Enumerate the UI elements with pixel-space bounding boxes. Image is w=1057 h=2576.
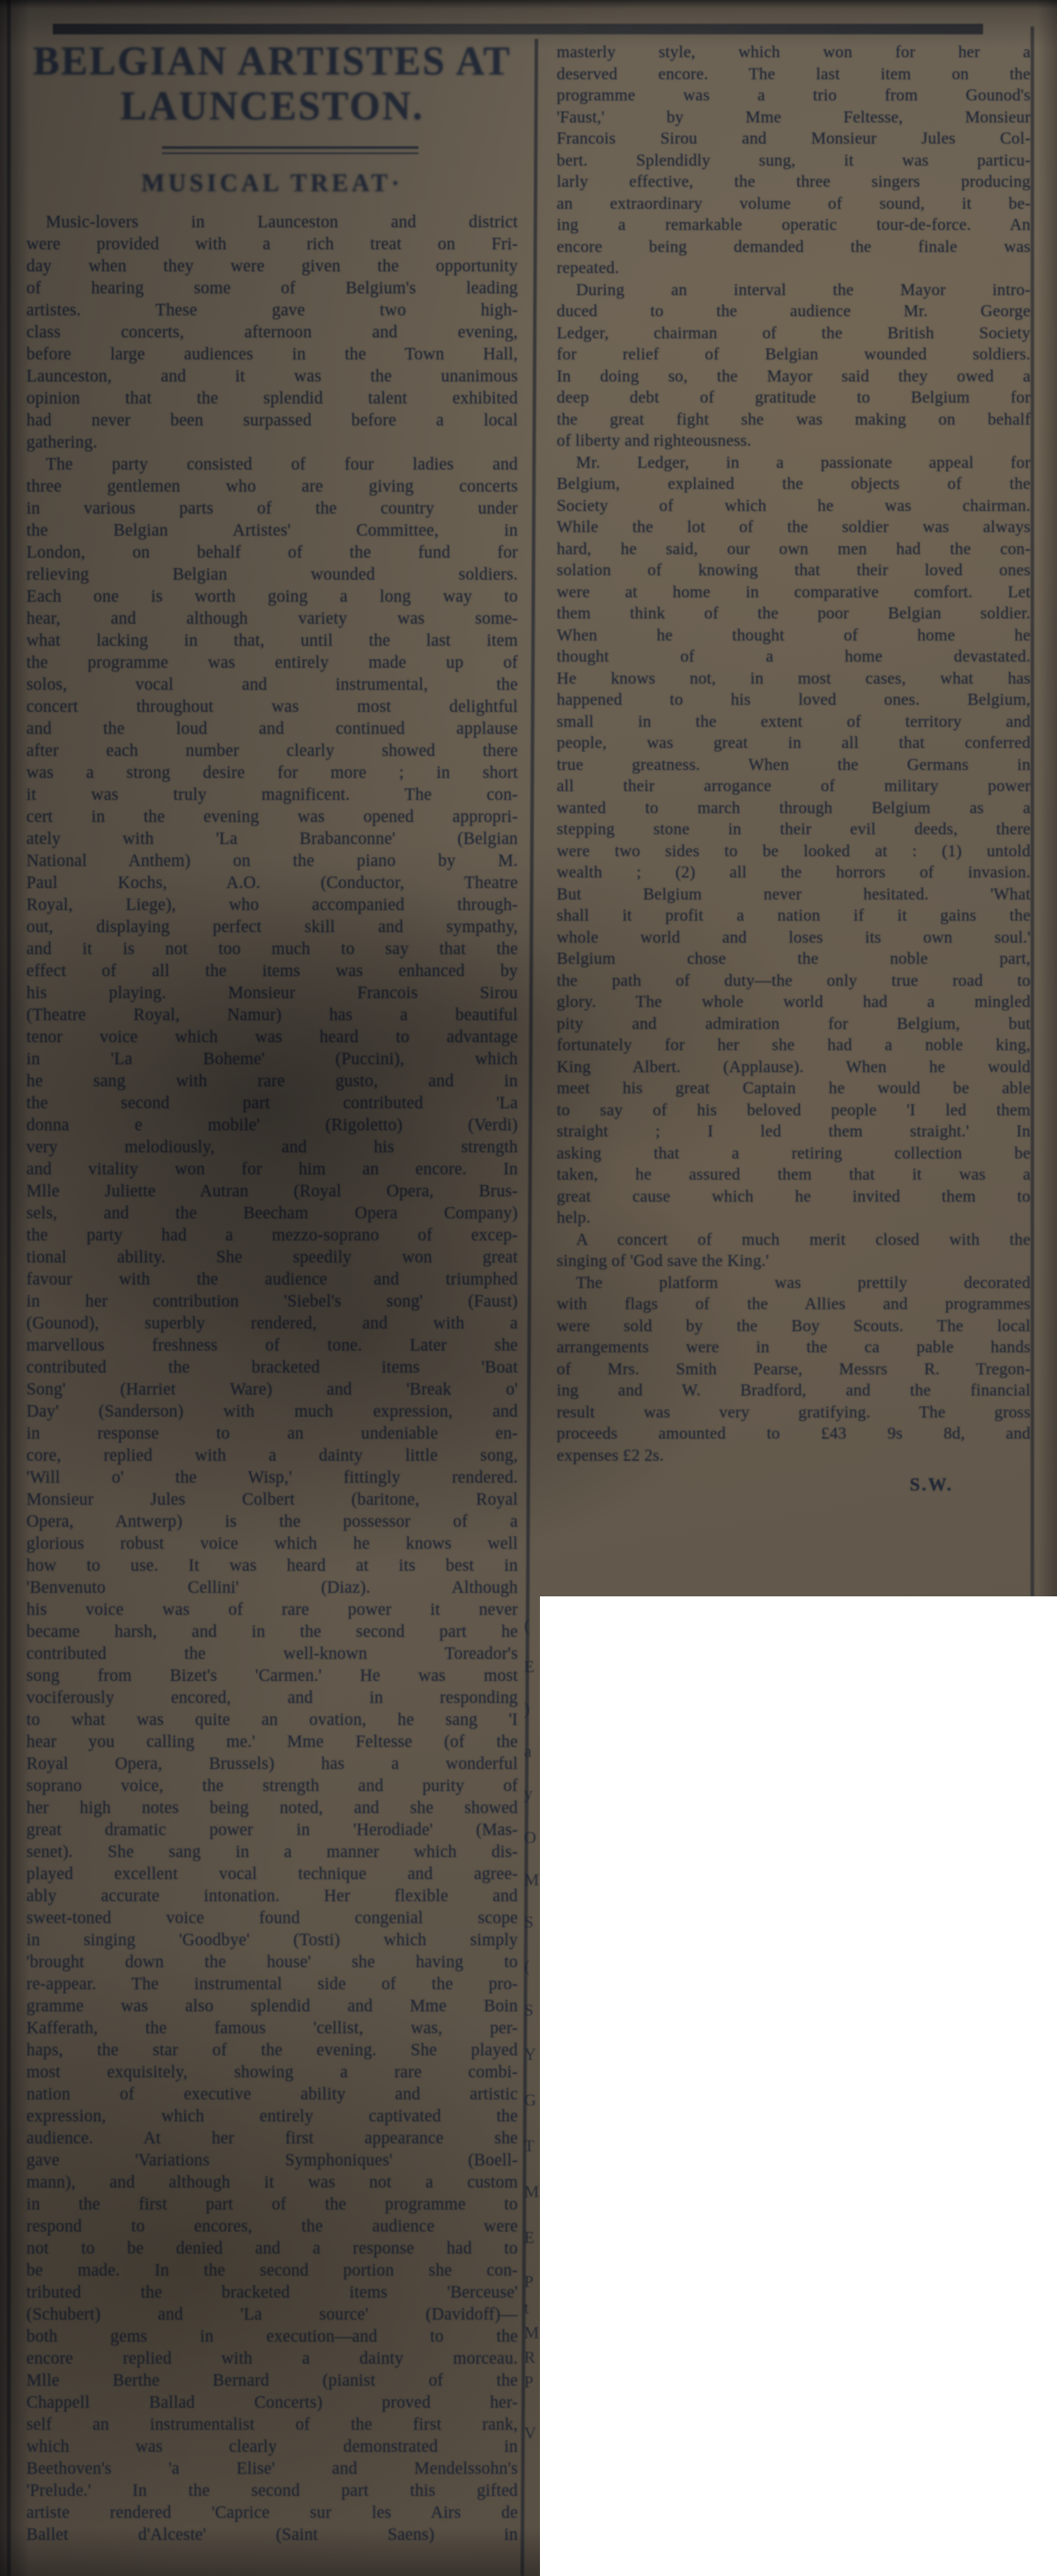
text-line: day when they were given the opportunity (26, 255, 518, 278)
text-line: wanted to march through Belgium as a (557, 798, 1031, 820)
article-headline: BELGIAN ARTISTES AT LAUNCESTON. (26, 39, 518, 129)
text-line: in response to an undeniable en- (26, 1423, 518, 1445)
newspaper-scan: BELGIAN ARTISTES AT LAUNCESTON. MUSICAL … (0, 0, 1057, 2576)
text-line: song from Bizet's 'Carmen.' He was most (26, 1665, 518, 1687)
text-line: respond to encores, the audience were (26, 2216, 518, 2238)
text-line: encore being demanded the finale was (557, 237, 1031, 259)
blank-white-patch (540, 1596, 1057, 2576)
text-line: repeated. (557, 258, 1031, 280)
text-line: ing and W. Bradford, and the financial (557, 1381, 1031, 1403)
clipped-letter-fragment: a (524, 1743, 539, 1762)
text-line: to say of his beloved people 'I led them (557, 1100, 1031, 1122)
text-line: straight ; I led them straight.' In (557, 1121, 1031, 1144)
text-line: solos, vocal and instrumental, the (26, 674, 518, 696)
text-line: had never been surpassed before a local (26, 410, 518, 432)
right-column-text: masterly style, which won for her adeser… (557, 42, 1031, 1467)
text-line: ately with 'La Brabanconne' (Belgian (26, 828, 518, 850)
text-line: re-appear. The instrumental side of the … (26, 1973, 518, 1995)
text-line: both gems in execution—and to the (26, 2326, 518, 2348)
text-line: haps, the star of the evening. She playe… (26, 2039, 518, 2062)
clipped-letter-fragment: t (524, 2299, 539, 2319)
text-line: hear you calling me.' Mme Feltesse (of t… (26, 1731, 518, 1753)
text-line: gramme was also splendid and Mme Boin (26, 1995, 518, 2017)
clipped-letter-fragment: T (524, 2137, 539, 2157)
clipped-letter-fragment: M (524, 2183, 539, 2202)
text-line: great cause which he invited them to (557, 1187, 1031, 1209)
text-line: thought of a home devastated. (557, 647, 1031, 669)
text-line: his playing. Monsieur Francois Sirou (26, 982, 518, 1004)
text-line: marvellous freshness of tone. Later she (26, 1335, 518, 1357)
text-line: expenses £2 2s. (557, 1446, 1031, 1468)
text-line: asking that a retiring collection be (557, 1144, 1031, 1166)
text-line: deserved encore. The last item on the (557, 64, 1031, 86)
text-line: favour with the audience and triumphed (26, 1269, 518, 1291)
text-line: whole world and loses its own soul.' (557, 928, 1031, 950)
text-line: stepping stone in their evil deeds, ther… (557, 819, 1031, 841)
text-line: were provided with a rich treat on Fri- (26, 233, 518, 255)
text-line: encore replied with a dainty morceau. (26, 2348, 518, 2370)
text-line: contributed the well-known Toreador's (26, 1643, 518, 1665)
clipped-letter-fragment: E (524, 2229, 539, 2248)
text-line: audience. At her first appearance she (26, 2128, 518, 2150)
text-line: The platform was prettily decorated (557, 1273, 1031, 1295)
text-line: deep debt of gratitude to Belgium for (557, 388, 1031, 410)
text-line: soprano voice, the strength and purity o… (26, 1775, 518, 1797)
text-line: programme was a trio from Gounod's (557, 85, 1031, 107)
text-line: small in the extent of territory and (557, 712, 1031, 734)
text-line: of hearing some of Belgium's leading (26, 278, 518, 300)
text-line: after each number clearly showed there (26, 740, 518, 762)
text-line: Mlle Berthe Bernard (pianist of the (26, 2370, 518, 2392)
text-line: artiste rendered 'Caprice sur les Airs d… (26, 2502, 518, 2524)
left-border-rule (7, 0, 11, 2576)
text-line: (Gounod), superbly rendered, and with a (26, 1313, 518, 1335)
text-line: class concerts, afternoon and evening, (26, 322, 518, 344)
text-line: in her contribution 'Siebel's song' (Fau… (26, 1291, 518, 1313)
text-line: shall it profit a nation if it gains the (557, 906, 1031, 928)
text-line: the party had a mezzo-soprano of excep- (26, 1225, 518, 1247)
text-line: how to use. It was heard at its best in (26, 1555, 518, 1577)
headline-line-2: LAUNCESTON. (26, 84, 518, 129)
clipped-letter-fragment: ( (524, 1958, 539, 1977)
text-line: all their arrogance of military power (557, 776, 1031, 798)
text-line: wealth ; (2) all the horrors of invasion… (557, 862, 1031, 885)
clipped-letter-fragment: O (524, 1829, 539, 1848)
clipped-letter-fragment: P (524, 2373, 539, 2393)
text-line: singing of 'God save the King.' (557, 1251, 1031, 1273)
text-line: them think of the poor Belgian soldier. (557, 603, 1031, 625)
text-line: an extraordinary volume of sound, it be- (557, 194, 1031, 216)
text-line: his voice was of rare power it never (26, 1599, 518, 1621)
text-line: happened to his loved ones. Belgium, (557, 690, 1031, 712)
clipped-letter-fragment: G (524, 2091, 539, 2111)
text-line: which was clearly demonstrated in (26, 2436, 518, 2458)
text-line: relieving Belgian wounded soldiers. (26, 564, 518, 586)
text-line: in singing 'Goodbye' (Tosti) which simpl… (26, 1929, 518, 1951)
text-line: 'brought down the house' she having to (26, 1951, 518, 1973)
text-line: cert in the evening was opened appropri- (26, 806, 518, 828)
text-line: what lacking in that, until the last ite… (26, 630, 518, 652)
right-border-rule (1031, 26, 1034, 1596)
text-line: expression, which entirely captivated th… (26, 2106, 518, 2128)
text-line: he sang with rare gusto, and in (26, 1070, 518, 1092)
text-line: Royal, Liege), who accompanied through- (26, 894, 518, 916)
text-line: arrangements were in the ca pable hands (557, 1337, 1031, 1359)
text-line: three gentlemen who are giving concerts (26, 476, 518, 498)
text-line: the programme was entirely made up of (26, 652, 518, 674)
text-line: and the loud and continued applause (26, 718, 518, 740)
text-line: artistes. These gave two high- (26, 300, 518, 322)
text-line: in various parts of the country under (26, 498, 518, 520)
clipped-letter-fragment: V (524, 2424, 539, 2444)
text-line: gathering. (26, 432, 518, 454)
text-line: sweet-toned voice found congenial scope (26, 1907, 518, 1929)
text-line: solation of knowing that their loved one… (557, 560, 1031, 582)
author-initials: S.W. (557, 1474, 1031, 1496)
text-line: Society of which he was chairman. (557, 496, 1031, 518)
text-line: (Theatre Royal, Namur) has a beautiful (26, 1004, 518, 1026)
text-line: for relief of Belgian wounded soldiers. (557, 344, 1031, 366)
text-line: larly effective, the three singers produ… (557, 172, 1031, 194)
text-line: masterly style, which won for her a (557, 42, 1031, 64)
text-line: be made. In the second portion she con- (26, 2260, 518, 2282)
text-line: of liberty and righteousness. (557, 431, 1031, 453)
text-line: ing a remarkable operatic tour-de-force.… (557, 215, 1031, 237)
text-line: fortunately for her she had a noble king… (557, 1035, 1031, 1057)
clipped-letter-fragment: ( (524, 1617, 539, 1636)
text-line: very melodiously, and his strength (26, 1136, 518, 1158)
text-line: A concert of much merit closed with the (557, 1230, 1031, 1252)
text-line: glory. The whole world had a mingled (557, 992, 1031, 1014)
text-line: contributed the bracketed items 'Boat (26, 1357, 518, 1379)
text-line: nation of executive ability and artistic (26, 2084, 518, 2106)
text-line: her high notes being noted, and she show… (26, 1797, 518, 1819)
clipped-letter-fragment: E (524, 1658, 539, 1677)
clipped-letter-fragment: ) (524, 1700, 539, 1720)
text-line: glorious robust voice which he knows wel… (26, 1533, 518, 1555)
text-line: were at home in comparative comfort. Let (557, 582, 1031, 604)
clipped-letter-fragment: M (524, 1871, 539, 1891)
article-subhead: MUSICAL TREAT· (26, 170, 518, 198)
text-line: Mr. Ledger, in a passionate appeal for (557, 453, 1031, 475)
text-line: (Schubert) and 'La source' (Davidoff)— (26, 2304, 518, 2326)
text-line: Day' (Sanderson) with much expression, a… (26, 1401, 518, 1423)
text-line: proceeds amounted to £43 9s 8d, and (557, 1424, 1031, 1446)
text-line: sels, and the Beecham Opera Company) (26, 1203, 518, 1225)
text-line: in 'La Boheme' (Puccini), which (26, 1048, 518, 1070)
text-line: tenor voice which was heard to advantage (26, 1026, 518, 1048)
text-line: and it is not too much to say that the (26, 938, 518, 960)
text-line: duced to the audience Mr. George (557, 301, 1031, 323)
text-line: senet). She sang in a manner which dis- (26, 1841, 518, 1863)
text-line: Paul Kochs, A.O. (Conductor, Theatre (26, 872, 518, 894)
text-line: ably accurate intonation. Her flexible a… (26, 1885, 518, 1907)
right-column: masterly style, which won for her adeser… (557, 42, 1031, 1496)
text-line: were two sides to be looked at : (1) unt… (557, 841, 1031, 863)
text-line: help. (557, 1208, 1031, 1230)
text-line: were sold by the Boy Scouts. The local (557, 1316, 1031, 1338)
text-line: people, was great in all that conferred (557, 733, 1031, 755)
text-line: tributed the bracketed items 'Berceuse' (26, 2282, 518, 2304)
text-line: In doing so, the Mayor said they owed a (557, 366, 1031, 389)
text-line: played excellent vocal technique and agr… (26, 1863, 518, 1885)
headline-double-rule (162, 146, 418, 154)
text-line: in the first part of the programme to (26, 2194, 518, 2216)
text-line: pity and admiration for Belgium, but (557, 1014, 1031, 1036)
text-line: effect of all the items was enhanced by (26, 960, 518, 982)
text-line: Music-lovers in Launceston and district (26, 211, 518, 233)
text-line: Launceston, and it was the unanimous (26, 366, 518, 388)
text-line: of Mrs. Smith Pearse, Messrs R. Tregon- (557, 1359, 1031, 1381)
text-line: most exquisitely, showing a rare combi- (26, 2062, 518, 2084)
text-line: Royal Opera, Brussels) has a wonderful (26, 1753, 518, 1775)
text-line: the great fight she was making on behalf (557, 410, 1031, 432)
text-line: 'Will o' the Wisp,' fittingly rendered. (26, 1467, 518, 1489)
text-line: not to be denied and a response had to (26, 2238, 518, 2260)
text-line: was a strong desire for more ; in short (26, 762, 518, 784)
text-line: King Albert. (Applause). When he would (557, 1057, 1031, 1079)
text-line: hard, he said, our own men had the con- (557, 539, 1031, 561)
text-line: with flags of the Allies and programmes (557, 1294, 1031, 1316)
top-rule (53, 24, 983, 34)
text-line: Opera, Antwerp) is the possessor of a (26, 1511, 518, 1533)
text-line: to what was quite an ovation, he sang 'I (26, 1709, 518, 1731)
text-line: hear, and although variety was some- (26, 608, 518, 630)
text-line: Monsieur Jules Colbert (baritone, Royal (26, 1489, 518, 1511)
clipped-letter-fragment: R (524, 2349, 539, 2368)
text-line: Ballet d'Alceste' (Saint Saens) in (26, 2524, 518, 2546)
text-line: gave 'Variations Symphoniques' (Boell- (26, 2150, 518, 2172)
clipped-letter-fragment: M (524, 2324, 539, 2343)
text-line: He knows not, in most cases, what has (557, 669, 1031, 691)
text-line: Kafferath, the famous 'cellist, was, per… (26, 2017, 518, 2039)
text-line: before large audiences in the Town Hall, (26, 344, 518, 366)
text-line: Song' (Harriet Ware) and 'Break o' (26, 1379, 518, 1401)
text-line: out, displaying perfect skill and sympat… (26, 916, 518, 938)
text-line: Beethoven's 'a Elise' and Mendelssohn's (26, 2458, 518, 2480)
headline-line-1: BELGIAN ARTISTES AT (26, 39, 518, 84)
text-line: But Belgium never hesitated. 'What (557, 885, 1031, 907)
text-line: Mlle Juliette Autran (Royal Opera, Brus- (26, 1181, 518, 1203)
clipped-letter-fragment: S (524, 2002, 539, 2021)
text-line: the second part contributed 'La (26, 1092, 518, 1114)
text-line: 'Faust,' by Mme Feltesse, Monsieur (557, 107, 1031, 130)
text-line: tional ability. She speedily won great (26, 1247, 518, 1269)
text-line: the path of duty—the only true road to (557, 971, 1031, 993)
clipped-letter-fragment: S (524, 1913, 539, 1933)
text-line: London, on behalf of the fund for (26, 542, 518, 564)
text-line: National Anthem) on the piano by M. (26, 850, 518, 872)
left-column-text: Music-lovers in Launceston and districtw… (26, 211, 518, 2546)
text-line: During an interval the Mayor intro- (557, 280, 1031, 302)
text-line: the Belgian Artistes' Committee, in (26, 520, 518, 542)
text-line: 'Benvenuto Cellini' (Diaz). Although (26, 1577, 518, 1599)
clipped-letter-fragment: P (524, 2273, 539, 2292)
text-line: Ledger, chairman of the British Society (557, 323, 1031, 345)
clipped-letter-fragment: y (524, 1785, 539, 1804)
text-line: result was very gratifying. The gross (557, 1403, 1031, 1425)
text-line: became harsh, and in the second part he (26, 1621, 518, 1643)
text-line: opinion that the splendid talent exhibit… (26, 388, 518, 410)
text-line: Chappell Ballad Concerts) proved her- (26, 2392, 518, 2414)
text-line: While the lot of the soldier was always (557, 517, 1031, 539)
text-line: mann), and although it was not a custom (26, 2172, 518, 2194)
text-line: 'Prelude.' In the second part this gifte… (26, 2480, 518, 2502)
clipped-letter-fragment: Y (524, 2046, 539, 2065)
text-line: core, replied with a dainty little song, (26, 1445, 518, 1467)
text-line: donna e mobile' (Rigoletto) (Verdi) (26, 1114, 518, 1136)
text-line: Francois Sirou and Monsieur Jules Col- (557, 129, 1031, 151)
text-line: concert throughout was most delightful (26, 696, 518, 718)
text-line: When he thought of home he (557, 625, 1031, 648)
text-line: The party consisted of four ladies and (26, 454, 518, 476)
text-line: self an instrumentalist of the first ran… (26, 2414, 518, 2436)
text-line: Belgium chose the noble part, (557, 949, 1031, 971)
text-line: great dramatic power in 'Herodiade' (Mas… (26, 1819, 518, 1841)
text-line: Each one is worth going a long way to (26, 586, 518, 608)
text-line: and vitality won for him an encore. In (26, 1158, 518, 1181)
text-line: vociferously encored, and in responding (26, 1687, 518, 1709)
text-line: Belgium, explained the objects of the (557, 474, 1031, 496)
text-line: bert. Splendidly sung, it was particu- (557, 151, 1031, 173)
text-line: meet his great Captain he would be able (557, 1078, 1031, 1100)
text-line: taken, he assured them that it was a (557, 1165, 1031, 1187)
text-line: it was truly magnificent. The con- (26, 784, 518, 806)
text-line: true greatness. When the Germans in (557, 755, 1031, 777)
